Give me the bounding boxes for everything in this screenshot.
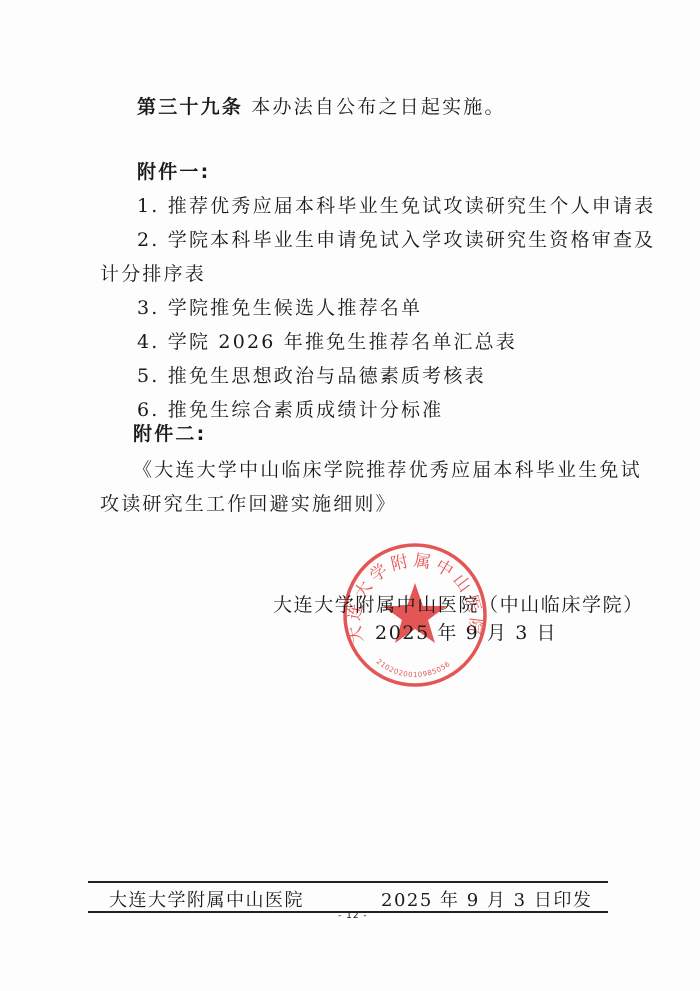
page-number: - 12 - — [338, 911, 368, 921]
article-text: 本办法自公布之日起实施。 — [251, 96, 505, 118]
attachment-one-item-1: 1. 推荐优秀应届本科毕业生免试攻读研究生个人申请表 — [137, 194, 655, 218]
footer-issue-date: 2025 年 9 月 3 日印发 — [381, 886, 592, 912]
article-39: 第三十九条 本办法自公布之日起实施。 — [137, 95, 506, 119]
footer-issuer: 大连大学附属中山医院 — [109, 886, 304, 912]
attachment-one-heading: 附件一: — [137, 160, 210, 184]
attachment-two-line-1: 《大连大学中山临床学院推荐优秀应届本科毕业生免试 — [133, 458, 642, 482]
footer-top-rule — [88, 881, 608, 883]
signature-date: 2025 年 9 月 3 日 — [375, 621, 557, 645]
attachment-one-item-3: 3. 学院推免生候选人推荐名单 — [137, 296, 422, 320]
attachment-one-item-2: 2. 学院本科毕业生申请免试入学攻读研究生资格审查及 — [137, 228, 655, 252]
attachment-two-heading: 附件二: — [133, 422, 206, 446]
attachment-one-item-5: 5. 推免生思想政治与品德素质考核表 — [137, 364, 486, 388]
svg-text:2102020010985056: 2102020010985056 — [375, 657, 452, 679]
attachment-two-line-2: 攻读研究生工作回避实施细则》 — [100, 492, 397, 516]
attachment-one-item-6: 6. 推免生综合素质成绩计分标准 — [137, 398, 443, 422]
article-number: 第三十九条 — [137, 96, 243, 118]
attachment-one-item-4: 4. 学院 2026 年推免生推荐名单汇总表 — [137, 330, 517, 354]
document-page: 第三十九条 本办法自公布之日起实施。 附件一: 1. 推荐优秀应届本科毕业生免试… — [0, 0, 700, 991]
signature-org: 大连大学附属中山医院（中山临床学院） — [273, 593, 644, 617]
attachment-one-item-2-cont: 计分排序表 — [100, 262, 206, 286]
